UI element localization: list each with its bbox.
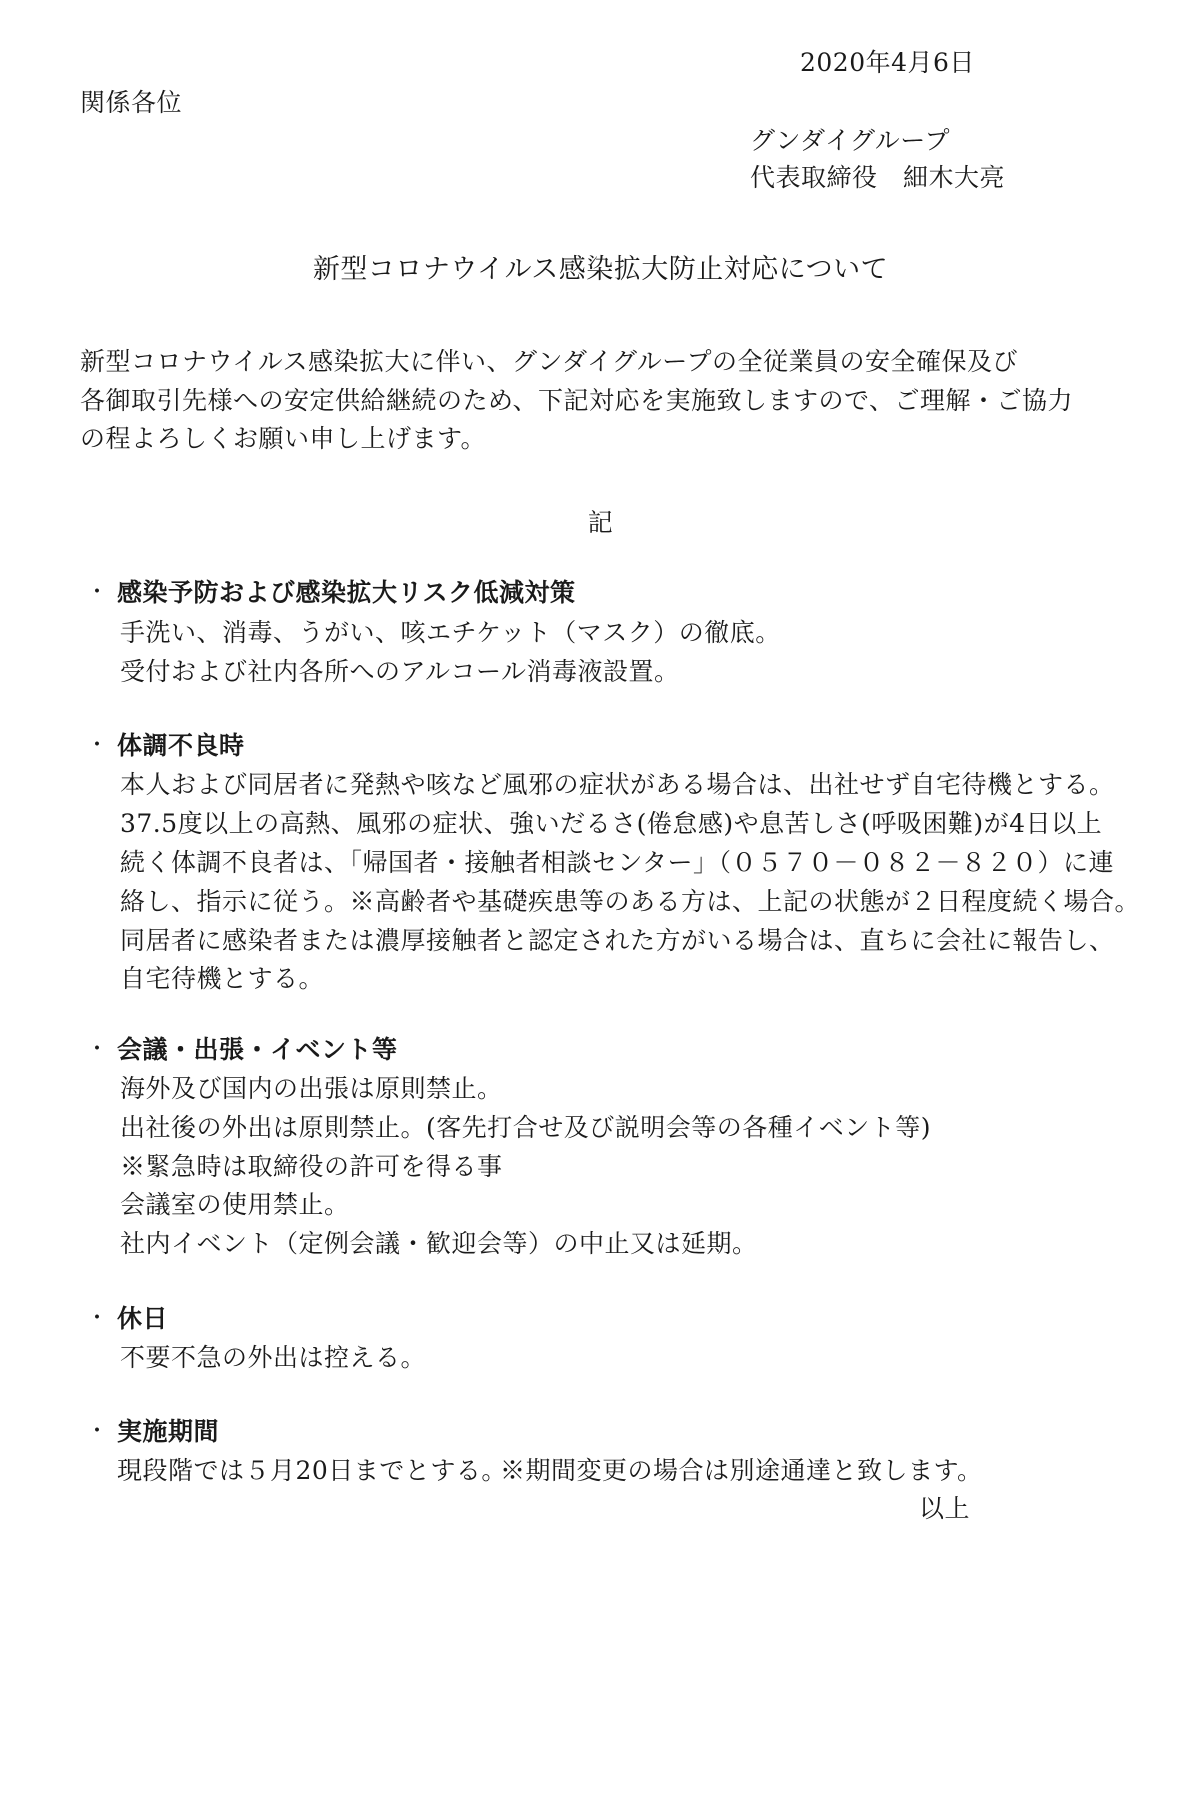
recipient-salutation: 関係各位	[80, 88, 182, 118]
bullet-icon: ・	[86, 1417, 108, 1447]
document-title: 新型コロナウイルス感染拡大防止対応について	[0, 254, 1201, 286]
bullet-icon: ・	[86, 1035, 108, 1065]
section-line: 自宅待機とする。	[120, 964, 324, 994]
intro-line: の程よろしくお願い申し上げます。	[80, 424, 486, 454]
sender-title-name: 代表取締役 細木大亮	[750, 163, 1005, 193]
section-line: 絡し、指示に従う。※高齢者や基礎疾患等のある方は、上記の状態が２日程度続く場合。	[120, 887, 1140, 917]
document-date: 2020年4月6日	[800, 48, 970, 78]
section-line: ※緊急時は取締役の許可を得る事	[120, 1152, 503, 1182]
section-line: 海外及び国内の出張は原則禁止。	[120, 1074, 503, 1104]
section-heading: 休日	[117, 1304, 168, 1334]
section-line: 現段階では５月20日までとする。	[117, 1456, 507, 1486]
section-line: 37.5度以上の高熱、風邪の症状、強いだるさ(倦怠感)や息苦しさ(呼吸困難)が4…	[120, 809, 1102, 839]
section-heading: 会議・出張・イベント等	[117, 1035, 398, 1065]
section-line: 手洗い、消毒、うがい、咳エチケット（マスク）の徹底。	[120, 618, 781, 648]
section-line: 会議室の使用禁止。	[120, 1190, 350, 1220]
section-line: 同居者に感染者または濃厚接触者と認定された方がいる場合は、直ちに会社に報告し、	[120, 926, 1115, 956]
section-line: 続く体調不良者は、「帰国者・接触者相談センター」（０５７０－０８２－８２０）に連	[120, 848, 1114, 878]
section-heading: 感染予防および感染拡大リスク低減対策	[117, 578, 576, 608]
section-line: 不要不急の外出は控える。	[120, 1343, 426, 1373]
section-line: 社内イベント（定例会議・歓迎会等）の中止又は延期。	[120, 1229, 758, 1259]
bullet-icon: ・	[86, 731, 108, 761]
intro-line: 各御取引先様への安定供給継続のため、下記対応を実施致しますので、ご理解・ご協力	[80, 386, 1073, 416]
bullet-icon: ・	[86, 1304, 108, 1334]
closing-mark: 以上	[910, 1494, 970, 1524]
section-line: 出社後の外出は原則禁止。(客先打合せ及び説明会等の各種イベント等)	[120, 1113, 931, 1143]
section-heading: 実施期間	[117, 1417, 219, 1447]
bullet-icon: ・	[86, 578, 108, 608]
ki-marker: 記	[0, 508, 1201, 538]
section-line: 本人および同居者に発熱や咳など風邪の症状がある場合は、出社せず自宅待機とする。	[120, 770, 1115, 800]
section-line: 受付および社内各所へのアルコール消毒液設置。	[120, 657, 680, 687]
period-change-note: ※期間変更の場合は別途通達と致します。	[500, 1456, 983, 1486]
sender-company: グンダイグループ	[750, 126, 950, 156]
intro-line: 新型コロナウイルス感染拡大に伴い、グンダイグループの全従業員の安全確保及び	[80, 347, 1018, 377]
section-heading: 体調不良時	[117, 731, 245, 761]
